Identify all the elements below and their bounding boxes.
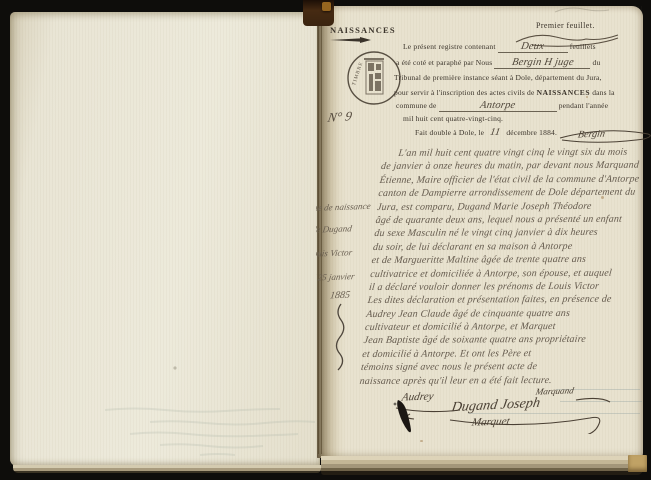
page-stack-corner [628,455,647,472]
act-line: Jean Baptiste âgé de soixante quatre ans… [363,333,626,348]
line-text: décembre 1884. [506,128,557,137]
registre-line-3: Tribunal de première instance séant à Do… [394,73,602,82]
registre-line-5: commune de Antorpe pendant l'année [396,101,608,112]
line-text: du [593,58,601,67]
line-text: pour servir à l'inscription des actes ci… [394,88,535,97]
signature-flourishes [390,394,620,434]
naissances-bold: NAISSANCES [537,88,591,97]
line-text: feuillets [570,42,596,51]
ink-blot [392,398,414,434]
line-text: commune de [396,101,437,110]
registre-line-4: pour servir à l'inscription des actes ci… [394,88,615,97]
margin-note-line: Louis Victor [316,247,353,259]
act-line: et de Margueritte Maltine âgée de trente… [371,253,634,268]
pencil-mark [552,3,612,17]
act-line: naissance après qu'il leur en a été fait… [359,373,622,388]
act-line: cultivateur et domicilié à Antorpe, et M… [364,320,627,335]
fill-commune-name: Antorpe [439,101,557,112]
bleedthrough-ghost-text [10,12,320,466]
register-scan: NAISSANCES Premier feuillet. TIMBRE Le p… [0,0,651,480]
act-line: il a déclaré vouloir donner les prénoms … [368,280,631,295]
judge-signature-flourish [556,126,651,144]
fill-feuillets-count: Deux [498,42,568,53]
margin-note-line: Acte de naissance [316,201,371,213]
svg-text:TIMBRE: TIMBRE [352,61,364,86]
act-line: témoins signé avec nous le présent acte … [360,360,623,375]
registre-line-1: Le présent registre contenant Deux feuil… [403,42,596,53]
margin-note-line: né 25 janvier [316,271,355,283]
line-text: dans la [592,88,614,97]
page-stack-bottom-right [321,456,643,475]
foxing-speck [601,196,604,199]
feuillet-label: Premier feuillet. [536,21,595,30]
line-text: Fait double à Dole, le [415,128,484,137]
act-line: Les dites déclaration et présentation fa… [367,293,630,308]
fill-date-day: 11 [486,128,504,138]
registre-line-2: a été coté et paraphé par Nous Bergin H … [396,58,600,69]
act-text: L'an mil huit cent quatre vingt cinq le … [359,146,645,388]
page-stack-bottom-left [13,465,321,473]
line-text: Le présent registre contenant [403,42,496,51]
margin-brace-squiggle [333,302,347,372]
fill-judge-name: Bergin H juge [494,58,590,69]
page-title: NAISSANCES [330,25,396,35]
line-text: a été coté et paraphé par Nous [396,58,492,67]
act-line: Jura, est comparu, Dugand Marie Joseph T… [376,199,639,214]
left-blank-page [10,12,320,466]
act-line: Audrey Jean Claude âgé de cinquante quat… [366,306,629,321]
line-text: pendant l'année [559,101,609,110]
foxing-speck [586,96,588,98]
act-line: du soir, de lui déclarant en sa maison à… [372,239,635,254]
act-line: de janvier à onze heures du matin, par d… [380,159,643,174]
registre-line-7: Fait double à Dole, le 11 décembre 1884. [415,128,557,138]
spine-gilt-detail [322,2,331,11]
act-line: Étienne, Maire officier de l'état civil … [379,172,642,187]
act-line: L'an mil huit cent quatre vingt cinq le … [382,146,645,161]
act-line: et domicilié à Antorpe. Et ont les Père … [362,346,625,361]
act-line: âgé de quarante deux ans, lequel nous a … [375,213,638,228]
act-number: N° 9 [326,108,353,126]
act-line: du sexe Masculin né le vingt cinq janvie… [374,226,637,241]
registre-line-6: mil huit cent quatre-vingt-cinq. [403,114,503,123]
margin-note-line: de Dugand [316,223,353,234]
foxing-speck [420,440,423,442]
arrow-right-icon [330,36,372,44]
act-line: cultivatrice et domiciliée à Antorpe, so… [370,266,633,281]
margin-note-line: 1885 [329,290,351,302]
